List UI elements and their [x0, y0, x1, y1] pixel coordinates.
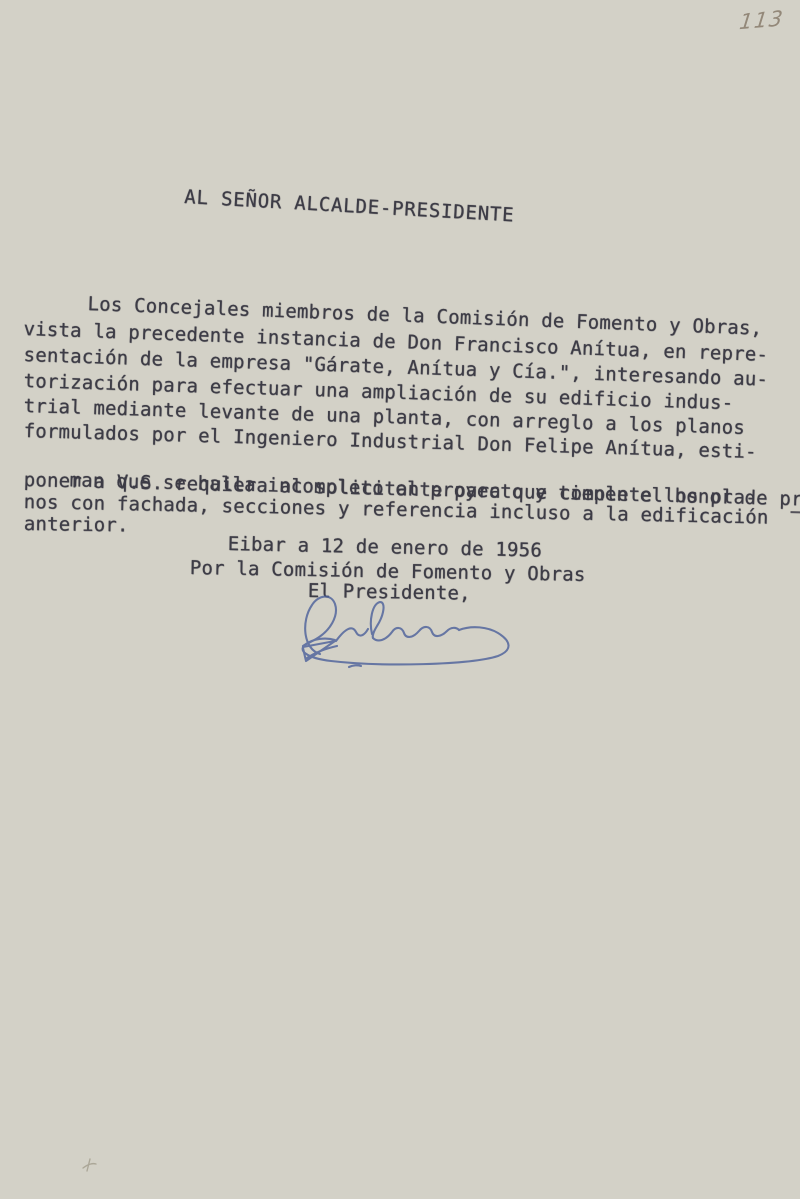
pencil-mark	[83, 1159, 96, 1171]
typewritten-line: anterior.	[24, 513, 129, 537]
scanned-document-page: 113 AL SEÑOR ALCALDE-PRESIDENTE Los Conc…	[0, 0, 800, 1199]
document-heading: AL SEÑOR ALCALDE-PRESIDENTE	[184, 186, 515, 227]
signature-handwritten	[303, 597, 509, 667]
typewritten-underlined-syllable: ro	[791, 488, 800, 514]
president-line: El Presidente,	[308, 580, 471, 605]
page-number-handwritten: 113	[738, 6, 785, 34]
